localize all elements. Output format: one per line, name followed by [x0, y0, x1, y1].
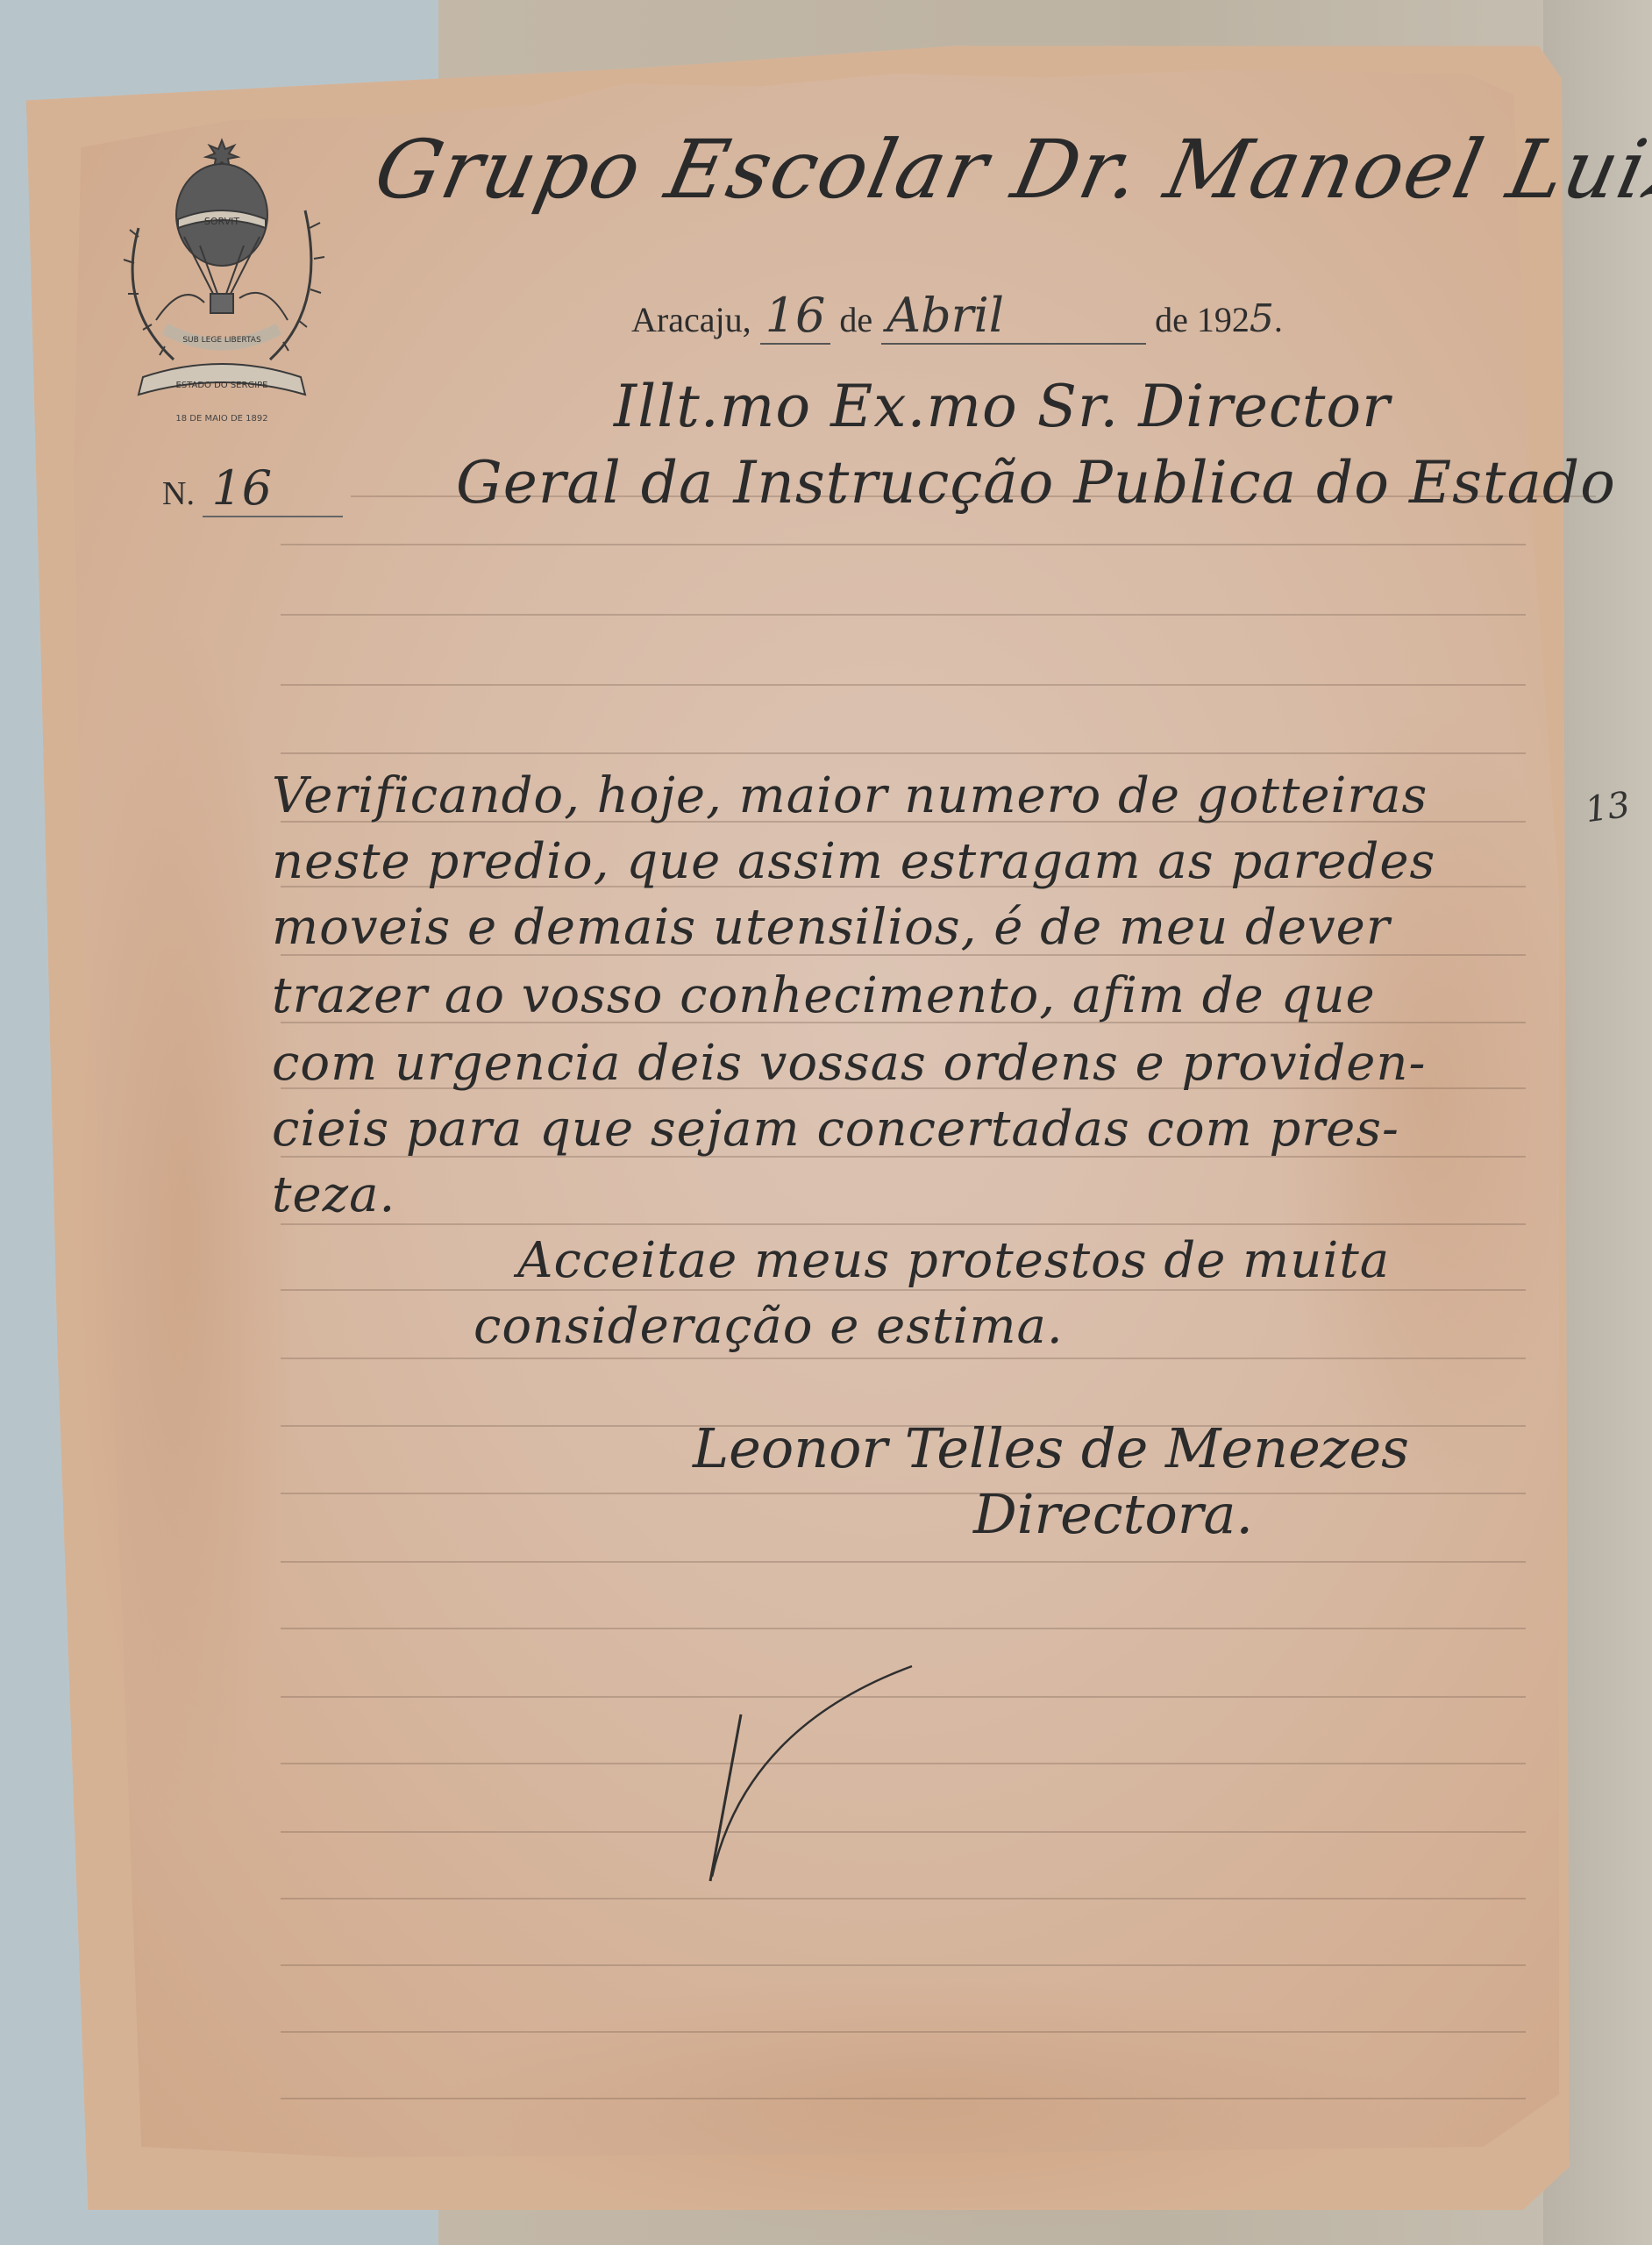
body-line: teza. — [272, 1166, 395, 1223]
body-line: Verificando, hoje, maior numero de gotte… — [272, 767, 1428, 824]
date-day: 16 — [765, 288, 826, 343]
water-stain — [70, 614, 298, 1842]
body-line: cieis para que sejam concertadas com pre… — [272, 1101, 1399, 1158]
closing-line: Acceitae meus protestos de muita — [517, 1232, 1390, 1289]
body-line: com urgencia deis vossas ordens e provid… — [272, 1035, 1426, 1092]
salutation-line-1: Illt.mo Ex.mo Sr. Director — [614, 373, 1391, 440]
place-label: Aracaju, — [631, 300, 751, 339]
svg-text:ESTADO DO SERGIPE: ESTADO DO SERGIPE — [176, 381, 268, 390]
number-label: N. — [162, 475, 195, 512]
year-printed: 192 — [1197, 300, 1250, 339]
margin-note: 13 — [1583, 785, 1633, 831]
check-mark-icon — [666, 1640, 947, 1894]
water-stain — [438, 1973, 1403, 2236]
document-number: N. 16 — [162, 460, 343, 517]
svg-text:SORVIT: SORVIT — [204, 216, 239, 227]
de-label: de — [839, 300, 872, 339]
svg-text:18 DE MAIO DE 1892: 18 DE MAIO DE 1892 — [175, 414, 267, 424]
body-line: trazer ao vosso conhecimento, afim de qu… — [272, 967, 1376, 1024]
svg-text:SUB LEGE LIBERTAS: SUB LEGE LIBERTAS — [182, 336, 261, 345]
year-handwritten: 5 — [1250, 296, 1274, 341]
salutation-line-2: Geral da Instrucção Publica do Estado — [456, 449, 1616, 517]
signatory-name: Leonor Telles de Menezes — [693, 1416, 1409, 1480]
institution-name: Grupo Escolar Dr. Manoel Luiz — [367, 123, 1652, 217]
body-line: moveis e demais utensilios, é de meu dev… — [272, 899, 1391, 956]
signatory-title: Directora. — [973, 1482, 1253, 1546]
de-label: de — [1155, 300, 1188, 339]
number-value: 16 — [203, 460, 343, 517]
body-line: neste predio, que assim estragam as pare… — [272, 833, 1435, 890]
date-month: Abril — [887, 288, 1004, 343]
date-line: Aracaju, 16 de Abril de 1925. — [631, 288, 1283, 345]
closing-line: consideração e estima. — [474, 1298, 1064, 1355]
state-crest-icon: SORVIT SUB LEGE LIBERTAS ESTADO DO SERGI… — [103, 132, 340, 438]
